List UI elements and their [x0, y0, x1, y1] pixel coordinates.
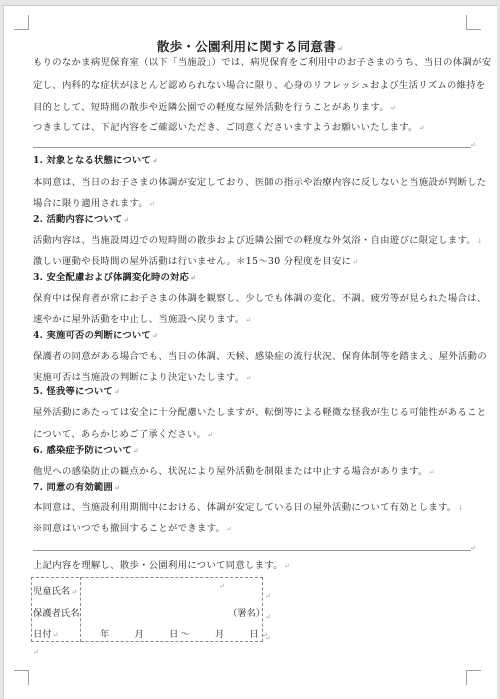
section-body-line[interactable]: ※同意はいつでも撤回することができます。↵	[33, 523, 232, 535]
section-body-line[interactable]: 活動内容は、当施設周辺での短時間の散歩および近隣公園での軽度な外気浴・自由遊びに…	[33, 235, 483, 247]
horizontal-rule	[33, 147, 471, 148]
row-end-mark-icon: ↵	[265, 613, 271, 621]
paragraph-mark-icon: ↵	[429, 468, 435, 476]
intro-line[interactable]: もりのなかま病児保育室（以下「当施設」）では、病児保育をご利用中のお子さまのうち…	[33, 57, 491, 69]
paragraph-mark-icon: ↵	[246, 316, 252, 324]
section-heading-4[interactable]: 4. 実施可否の判断について↵	[33, 330, 158, 342]
paragraph-mark-icon: ↵	[33, 648, 39, 656]
paragraph-mark-icon: ↵	[390, 104, 396, 112]
paragraph-mark-icon: ↵	[207, 431, 213, 439]
section-heading-5[interactable]: 5. 怪我等について↵	[33, 386, 120, 398]
paragraph-mark-icon: ↵	[284, 562, 290, 570]
document-title[interactable]: 散歩・公園利用に関する同意書↵	[0, 37, 500, 55]
section-body-line[interactable]: 場合に限り適用されます。↵	[33, 198, 155, 210]
paragraph-mark-icon: ↵	[123, 215, 129, 224]
paragraph-mark-icon: ↵	[114, 387, 120, 396]
section-body-line[interactable]: 保育中は保育者が常にお子さまの体調を観察し、少しでも体調の変化、不調、疲労等が見…	[33, 293, 486, 305]
section-body-line[interactable]: 屋外活動にあたっては安全に十分配慮いたしますが、転倒等による軽微な怪我が生じる可…	[33, 407, 486, 419]
child-name-label: 児童氏名↵	[33, 583, 77, 597]
guardian-name-field[interactable]: （署名）	[82, 605, 260, 619]
margin-corner-bottom-left	[14, 670, 29, 685]
paragraph-mark-icon: ↵	[246, 374, 252, 382]
paragraph-mark-icon: ↵	[152, 331, 158, 340]
line-break-icon: ↓	[458, 504, 464, 512]
paragraph-mark-icon: ↵	[352, 258, 358, 266]
margin-corner-bottom-right	[466, 670, 481, 685]
section-heading-7[interactable]: 7. 同意の有効範囲↵	[33, 482, 120, 494]
paragraph-mark-icon: ↵	[190, 273, 196, 282]
section-body-line[interactable]: 他児への感染防止の観点から、状況により屋外活動を制限または中止する場合があります…	[33, 466, 435, 478]
margin-corner-top-left	[14, 15, 29, 30]
signature-table-divider	[80, 577, 81, 642]
horizontal-rule	[33, 550, 471, 551]
intro-line[interactable]: 目的として、短時間の散歩や近隣公園での軽度な屋外活動を行うことがあります。↵	[33, 102, 396, 114]
paragraph-mark-icon: ↵	[133, 446, 139, 455]
section-body-line[interactable]: 速やかに屋外活動を中止し、当施設へ戻ります。↵	[33, 314, 252, 326]
paragraph-mark-icon: ↵	[419, 124, 425, 132]
consent-statement[interactable]: 上記内容を理解し、散歩・公園利用について同意します。↵	[33, 560, 290, 572]
row-end-mark-icon: ↵	[265, 592, 271, 600]
margin-corner-top-right	[466, 15, 481, 30]
section-heading-3[interactable]: 3. 安全配慮および体調変化時の対応↵	[33, 272, 196, 284]
section-body-line[interactable]: 本同意は、当施設利用期間中における、体調が安定している日の屋外活動について有効と…	[33, 502, 464, 514]
section-heading-2[interactable]: 2. 活動内容について↵	[33, 214, 129, 226]
child-name-field[interactable]: ↵	[82, 583, 260, 597]
section-body-line[interactable]: 激しい運動や長時間の屋外活動は行いません。＊15～30 分程度を目安に↵	[33, 256, 359, 268]
paragraph-mark-icon: ↵	[337, 44, 343, 53]
section-body-line[interactable]: 本同意は、当日のお子さまの体調が安定しており、医師の指示や治療内容に反しないと当…	[33, 177, 486, 189]
paragraph-mark-icon: ↵	[53, 631, 59, 639]
row-end-mark-icon: ↵	[265, 634, 271, 642]
paragraph-mark-icon: ↵	[470, 141, 476, 149]
date-label: 日付↵	[33, 626, 58, 640]
guardian-name-label: 保護者氏名	[33, 605, 80, 619]
paragraph-mark-icon: ↵	[71, 588, 77, 596]
section-heading-6[interactable]: 6. 感染症予防について↵	[33, 445, 139, 457]
paragraph-mark-icon: ↵	[226, 525, 232, 533]
line-break-icon: ↓	[477, 237, 483, 245]
section-heading-1[interactable]: 1. 対象となる状態について↵	[33, 155, 158, 167]
paragraph-mark-icon: ↵	[219, 582, 225, 590]
date-range-field[interactable]: 年 月 日～ 月 日↵	[100, 626, 270, 640]
section-body-line[interactable]: 保護者の同意がある場合でも、当日の体調、天候、感染症の流行状況、保育体制等を踏ま…	[33, 351, 487, 363]
intro-line[interactable]: 定し、内科的な症状がほとんど認められない場合に限り、心身のリフレッシュおよび生活…	[33, 80, 486, 92]
paragraph-mark-icon: ↵	[152, 156, 158, 165]
paragraph-mark-icon: ↵	[470, 544, 476, 552]
section-body-line[interactable]: について、あらかじめご了承ください。↵	[33, 429, 214, 441]
paragraph-mark-icon: ↵	[114, 483, 120, 492]
signature-note: （署名）	[228, 605, 265, 619]
title-text: 散歩・公園利用に関する同意書	[157, 39, 336, 54]
paragraph-mark-icon: ↵	[149, 200, 155, 208]
section-body-line[interactable]: 実施可否は当施設の判断により決定いたします。↵	[33, 372, 252, 384]
intro-line[interactable]: つきましては、下記内容をご確認いただき、ご同意くださいますようお願いいたします。…	[33, 122, 425, 134]
